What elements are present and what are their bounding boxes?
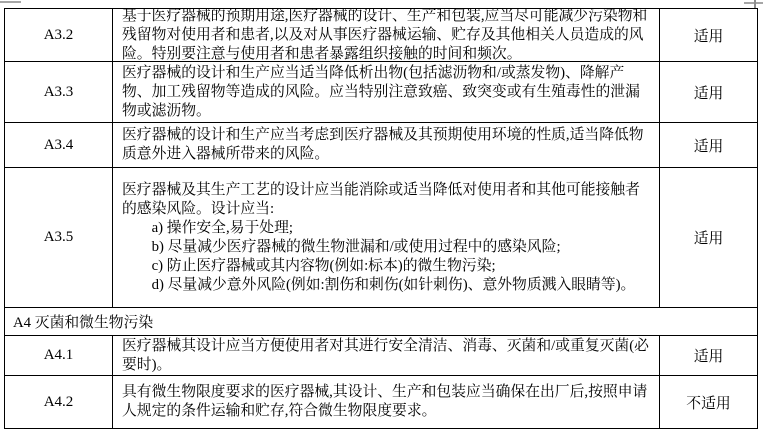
requirement-cell: 医疗器械及其生产工艺的设计应当能消除或适当降低对使用者和其他可能接触者的感染风险…	[113, 168, 660, 307]
clause-code: A3.4	[5, 123, 113, 167]
applicability-value: 适用	[660, 9, 757, 61]
table-row-a3-2: A3.2 基于医疗器械的预期用途,医疗器械的设计、生产和包装,应当尽可能减少污染…	[5, 9, 757, 62]
clause-code: A3.5	[5, 168, 113, 307]
requirement-text: 具有微生物限度要求的医疗器械,其设计、生产和包装应当确保在出厂后,按照申请人规定…	[122, 383, 649, 421]
requirement-cell: 具有微生物限度要求的医疗器械,其设计、生产和包装应当确保在出厂后,按照申请人规定…	[113, 376, 660, 428]
table-row-a4-1: A4.1 医疗器械其设计应当方便使用者对其进行安全清洁、消毒、灭菌和/或重复灭菌…	[5, 336, 757, 376]
table-row-a3-5: A3.5 医疗器械及其生产工艺的设计应当能消除或适当降低对使用者和其他可能接触者…	[5, 168, 757, 308]
requirement-text: 医疗器械的设计和生产应当适当降低析出物(包括滤沥物和/或蒸发物)、降解产物、加工…	[122, 64, 649, 121]
requirement-cell: 医疗器械的设计和生产应当适当降低析出物(包括滤沥物和/或蒸发物)、降解产物、加工…	[113, 62, 660, 122]
applicability-value: 适用	[660, 123, 757, 167]
table-row-a4-2: A4.2 具有微生物限度要求的医疗器械,其设计、生产和包装应当确保在出厂后,按照…	[5, 376, 757, 428]
requirement-text: 医疗器械的设计和生产应当考虑到医疗器械及其预期使用环境的性质,适当降低物质意外进…	[122, 126, 649, 164]
clause-code: A4.2	[5, 376, 113, 428]
clause-code: A3.3	[5, 62, 113, 122]
requirement-text: 医疗器械及其生产工艺的设计应当能消除或适当降低对使用者和其他可能接触者的感染风险…	[122, 181, 649, 295]
table-row-a3-3: A3.3 医疗器械的设计和生产应当适当降低析出物(包括滤沥物和/或蒸发物)、降解…	[5, 62, 757, 123]
requirement-cell: 医疗器械的设计和生产应当考虑到医疗器械及其预期使用环境的性质,适当降低物质意外进…	[113, 123, 660, 167]
applicability-value: 适用	[660, 62, 757, 122]
clause-code: A4.1	[5, 336, 113, 375]
table-row-a3-4: A3.4 医疗器械的设计和生产应当考虑到医疗器械及其预期使用环境的性质,适当降低…	[5, 123, 757, 168]
applicability-value: 适用	[660, 336, 757, 375]
section-header-row-a4: A4 灭菌和微生物污染	[5, 308, 757, 336]
applicability-value: 适用	[660, 168, 757, 307]
clause-code: A3.2	[5, 9, 113, 61]
requirement-cell: 基于医疗器械的预期用途,医疗器械的设计、生产和包装,应当尽可能减少污染物和残留物…	[113, 9, 660, 61]
requirement-cell: 医疗器械其设计应当方便使用者对其进行安全清洁、消毒、灭菌和/或重复灭菌(必要时)…	[113, 336, 660, 375]
requirement-text: 基于医疗器械的预期用途,医疗器械的设计、生产和包装,应当尽可能减少污染物和残留物…	[122, 9, 649, 62]
applicability-value: 不适用	[660, 376, 757, 428]
requirement-text: 医疗器械其设计应当方便使用者对其进行安全清洁、消毒、灭菌和/或重复灭菌(必要时)…	[122, 337, 649, 375]
page-edge-artifact-top-left	[0, 1, 21, 3]
essential-principles-table: A3.2 基于医疗器械的预期用途,医疗器械的设计、生产和包装,应当尽可能减少污染…	[4, 8, 758, 429]
section-header-label: A4 灭菌和微生物污染	[5, 308, 757, 335]
